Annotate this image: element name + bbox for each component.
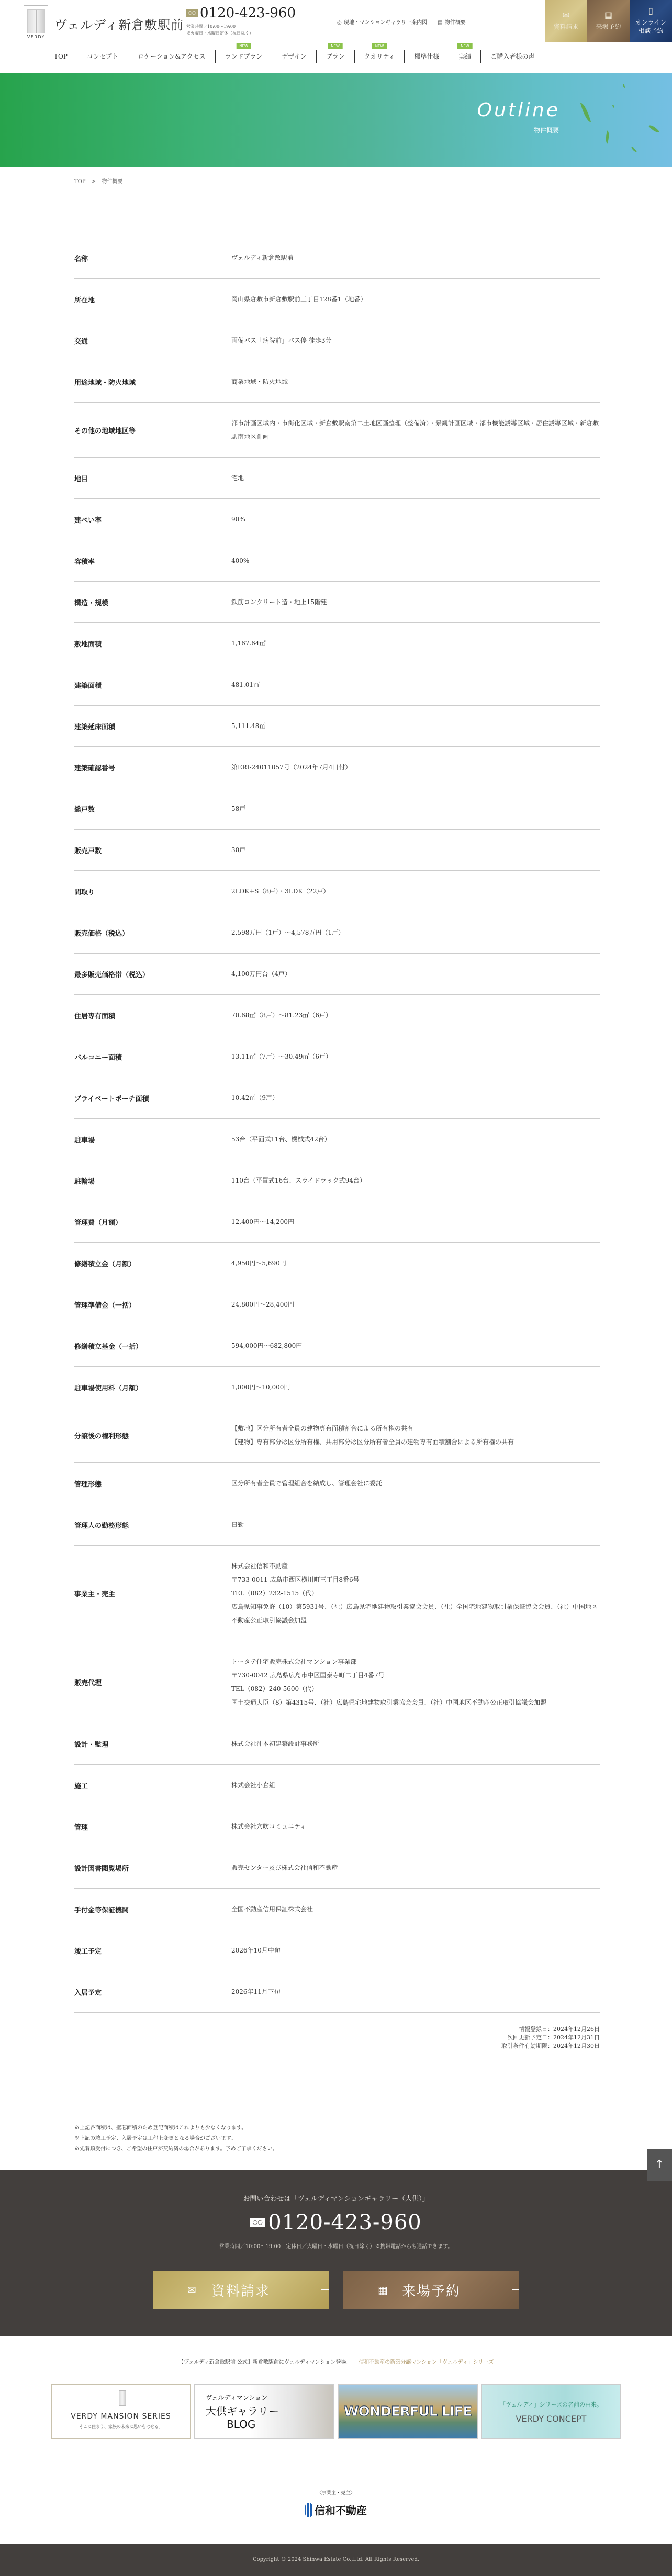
arrow-up-icon: ↑ [655, 2158, 664, 2171]
row-value-line: 58戸 [231, 802, 600, 815]
outline-link-label: 物件概要 [445, 20, 466, 26]
row-value: 宅地 [231, 458, 600, 499]
leaf-decoration-icon [631, 146, 636, 153]
contact-tel: ○○ 0120-423-960 [0, 2210, 672, 2234]
header-tel-closed: ※火曜日・水曜日定休（祝日除く） [186, 30, 296, 37]
row-label: 管理 [74, 1806, 231, 1847]
table-row: 駐車場53台（平面式11台、機械式42台） [74, 1119, 600, 1160]
row-value-line: 24,800円～28,400円 [231, 1298, 600, 1311]
table-row: 名称ヴェルディ新倉敷駅前 [74, 237, 600, 279]
row-label: 建ぺい率 [74, 499, 231, 540]
table-row: 容積率400% [74, 540, 600, 582]
nav-label: クオリティ [364, 53, 395, 60]
table-row: 間取り2LDK+S（8戸）・3LDK（22戸） [74, 871, 600, 912]
table-row: 地目宅地 [74, 458, 600, 499]
row-value-line: 2026年10月中旬 [231, 1944, 600, 1957]
mail-icon: ✉ [563, 11, 569, 19]
table-row: その他の地域地区等都市計画区域内・市街化区域・新倉敷駅南第二土地区画整理（整備済… [74, 403, 600, 458]
verdy-logo[interactable]: VERDY [23, 3, 49, 41]
logo-word: VERDY [23, 35, 49, 39]
row-value: 4,950円～5,690円 [231, 1243, 600, 1284]
row-value: 481.01㎡ [231, 664, 600, 706]
row-value-line: 株式会社穴吹コミュニティ [231, 1820, 600, 1833]
row-value: 13.11㎡（7戸）～30.49㎡（6戸） [231, 1036, 600, 1077]
developer-label: 〈事業主・売主〉 [0, 2489, 672, 2496]
row-value-line: 都市計画区域内・市街化区域・新倉敷駅南第二土地区画整理（整備済）・景観計画区域・… [231, 416, 600, 444]
nav-voices[interactable]: ご購入者様の声 [480, 50, 544, 63]
nav-concept[interactable]: コンセプト [77, 50, 128, 63]
breadcrumb-current: 物件概要 [102, 179, 122, 185]
row-label: 住居専有面積 [74, 995, 231, 1036]
nav-label: ロケーション&アクセス [138, 53, 206, 60]
table-row: 修繕積立基金（一括）594,000円～682,800円 [74, 1325, 600, 1367]
table-row: 構造・規模鉄筋コンクリート造・地上15階建 [74, 582, 600, 623]
row-value: 594,000円～682,800円 [231, 1325, 600, 1367]
row-value-line: 30戸 [231, 843, 600, 857]
row-label: 間取り [74, 871, 231, 912]
row-value-line: 4,950円～5,690円 [231, 1256, 600, 1270]
mail-icon: ✉ [187, 2284, 197, 2296]
row-label: 設計・監理 [74, 1723, 231, 1765]
row-value-line: 4,100万円台（4戸） [231, 967, 600, 981]
table-row: 住居専有面積70.68㎡（8戸）～81.23㎡（6戸） [74, 995, 600, 1036]
table-row: バルコニー面積13.11㎡（7戸）～30.49㎡（6戸） [74, 1036, 600, 1077]
row-value-line: 宅地 [231, 471, 600, 485]
row-value-line: 【敷地】区分所有者全員の建物専有面積割合による所有権の共有 [231, 1422, 600, 1435]
breadcrumb-top-link[interactable]: TOP [74, 179, 86, 185]
developer-name: 信和不動産 [315, 2502, 367, 2517]
row-label: 用途地域・防火地域 [74, 361, 231, 403]
row-label: 最多販売価格帯（税込） [74, 954, 231, 995]
table-row: プライベートポーチ面積10.42㎡（9戸） [74, 1077, 600, 1119]
leaf-decoration-icon [612, 105, 614, 108]
request-materials-label: 資料請求 [553, 22, 578, 31]
row-label: 管理費（月額） [74, 1201, 231, 1243]
new-badge: NEW [236, 43, 251, 49]
utility-links: ◎現地・マンションギャラリー案内図 ▤物件概要 [337, 18, 466, 26]
row-label: 交通 [74, 320, 231, 361]
developer-block: 〈事業主・売主〉 信和不動産 [0, 2469, 672, 2544]
row-label: 修繕積立基金（一括） [74, 1325, 231, 1367]
table-row: 設計図書閲覧場所販売センター及び株式会社信和不動産 [74, 1847, 600, 1889]
table-row: 駐輪場110台（平置式16台、スライドラック式94台） [74, 1160, 600, 1201]
row-value-line: 株式会社小倉組 [231, 1778, 600, 1792]
map-link-label: 現地・マンションギャラリー案内図 [344, 20, 428, 26]
row-value: 岡山県倉敷市新倉敷駅前三丁目128番1（地番） [231, 279, 600, 320]
row-label: 管理準備金（一括） [74, 1284, 231, 1325]
row-value-line: 2LDK+S（8戸）・3LDK（22戸） [231, 884, 600, 898]
row-label: 総戸数 [74, 788, 231, 830]
row-value-line: 全国不動産信用保証株式会社 [231, 1902, 600, 1916]
row-value-line: 1,000円～10,000円 [231, 1380, 600, 1394]
banner-title: WONDERFUL LIFE [344, 2404, 472, 2420]
banner-title: VERDY CONCEPT [516, 2414, 587, 2424]
nav-landplan[interactable]: NEWランドプラン [215, 50, 272, 63]
next-update-date: 次回更新予定日：2024年12月31日 [74, 2034, 600, 2042]
row-value-line: 〒733-0011 広島市西区横川町三丁目8番6号 [231, 1573, 600, 1586]
table-row: 建築面積481.01㎡ [74, 664, 600, 706]
shinwa-logo[interactable]: 信和不動産 [305, 2502, 367, 2517]
nav-plan[interactable]: NEWプラン [316, 50, 354, 63]
table-row: 駐車場使用料（月額）1,000円～10,000円 [74, 1367, 600, 1408]
row-label: 地目 [74, 458, 231, 499]
footer-tagline: 【ヴェルディ新倉敷駅前 公式】新倉敷駅前にヴェルディマンション登場。｜信和不動産… [0, 2357, 672, 2365]
table-row: 交通両備バス「病院前」バス停 徒歩3分 [74, 320, 600, 361]
contact-request-materials-button[interactable]: ✉ 資料請求 [153, 2271, 329, 2309]
row-label: 事業主・売主 [74, 1546, 231, 1641]
logo-building-icon [27, 9, 45, 33]
contact-request-materials-label: 資料請求 [211, 2280, 270, 2300]
row-label: 容積率 [74, 540, 231, 582]
row-label: 竣工予定 [74, 1930, 231, 1971]
row-value-line: 区分所有者全員で管理組合を結成し、管理会社に委託 [231, 1477, 600, 1490]
row-value: 30戸 [231, 830, 600, 871]
row-value: 2026年11月下旬 [231, 1971, 600, 2013]
banner-blog-label: BLOG [227, 2418, 255, 2431]
nav-label: TOP [54, 53, 68, 60]
row-value-line: TEL（082）232-1515（代） [231, 1586, 600, 1600]
row-value: ヴェルディ新倉敷駅前 [231, 237, 600, 279]
request-materials-button[interactable]: ✉ 資料請求 [545, 0, 587, 42]
outline-link[interactable]: ▤物件概要 [438, 18, 465, 26]
row-value: 両備バス「病院前」バス停 徒歩3分 [231, 320, 600, 361]
row-value-line: 5,111.48㎡ [231, 719, 600, 733]
row-value-line: 株式会社信和不動産 [231, 1559, 600, 1573]
new-badge: NEW [328, 43, 343, 49]
nav-label: 標準仕様 [414, 53, 439, 60]
row-value: 53台（平面式11台、機械式42台） [231, 1119, 600, 1160]
row-label: 分譲後の権利形態 [74, 1408, 231, 1463]
row-value-line: 53台（平面式11台、機械式42台） [231, 1132, 600, 1146]
table-row: 管理準備金（一括）24,800円～28,400円 [74, 1284, 600, 1325]
table-row: 手付金等保証機関全国不動産信用保証株式会社 [74, 1889, 600, 1930]
table-row: 施工株式会社小倉組 [74, 1765, 600, 1806]
table-row: 分譲後の権利形態【敷地】区分所有者全員の建物専有面積割合による所有権の共有【建物… [74, 1408, 600, 1463]
dash-decoration [512, 2289, 519, 2290]
contact-visit-reservation-label: 来場予約 [402, 2280, 461, 2300]
online-consultation-button[interactable]: ▯ オンライン 相談予約 [630, 0, 672, 42]
row-value-line: 70.68㎡（8戸）～81.23㎡（6戸） [231, 1008, 600, 1022]
info-dates: 情報登録日：2024年12月26日 次回更新予定日：2024年12月31日 取引… [74, 2025, 600, 2050]
site-footer: 【ヴェルディ新倉敷駅前 公式】新倉敷駅前にヴェルディマンション登場。｜信和不動産… [0, 2336, 672, 2576]
outline-table: 名称ヴェルディ新倉敷駅前所在地岡山県倉敷市新倉敷駅前三丁目128番1（地番）交通… [74, 237, 600, 2013]
logo-roof [24, 5, 48, 7]
online-consultation-label-2: 相談予約 [638, 27, 663, 35]
row-value: 【敷地】区分所有者全員の建物専有面積割合による所有権の共有【建物】専有部分は区分… [231, 1408, 600, 1463]
calendar-icon: ▦ [604, 11, 612, 19]
site-header: VERDY ヴェルディ新倉敷駅前 ○○ 0120-423-960 営業時間／10… [0, 0, 672, 68]
row-value-line: 日勤 [231, 1518, 600, 1531]
row-value: 全国不動産信用保証株式会社 [231, 1889, 600, 1930]
row-label: 販売代理 [74, 1641, 231, 1723]
header-cta-buttons: ✉ 資料請求 ▦ 来場予約 ▯ オンライン 相談予約 [545, 0, 672, 42]
table-row: 販売戸数30戸 [74, 830, 600, 871]
banner-wonderful-life[interactable]: WONDERFUL LIFE [338, 2384, 478, 2439]
row-label: 手付金等保証機関 [74, 1889, 231, 1930]
site-title[interactable]: ヴェルディ新倉敷駅前 [54, 15, 184, 33]
contact-buttons: ✉ 資料請求 ▦ 来場予約 [0, 2271, 672, 2309]
banner-title: VERDY MANSION SERIES [71, 2412, 171, 2421]
series-link[interactable]: ｜信和不動産の新築分譲マンション「ヴェルディ」シリーズ [353, 2359, 494, 2365]
contact-tel-number[interactable]: 0120-423-960 [268, 2210, 422, 2234]
row-value-line: 国土交通大臣（8）第4315号、（社）広島県宅地建物取引業協会会員、（社）中国地… [231, 1696, 600, 1709]
row-value-line: 2026年11月下旬 [231, 1985, 600, 1999]
row-label: 修繕積立金（月額） [74, 1243, 231, 1284]
row-label: 管理形態 [74, 1463, 231, 1504]
row-value-line: 110台（平置式16台、スライドラック式94台） [231, 1174, 600, 1187]
free-dial-icon: ○○ [250, 2218, 265, 2227]
table-row: 設計・監理株式会社沖本初建築設計事務所 [74, 1723, 600, 1765]
leaf-decoration-icon [580, 101, 591, 123]
table-row: 総戸数58戸 [74, 788, 600, 830]
row-label: 建築延床面積 [74, 706, 231, 747]
row-value: 90% [231, 499, 600, 540]
breadcrumb-separator: > [92, 179, 96, 185]
row-value-line: 2,598万円（1戸）～4,578万円（1戸） [231, 926, 600, 939]
outline-section: 名称ヴェルディ新倉敷駅前所在地岡山県倉敷市新倉敷駅前三丁目128番1（地番）交通… [74, 237, 600, 2050]
row-value: 株式会社信和不動産〒733-0011 広島市西区横川町三丁目8番6号TEL（08… [231, 1546, 600, 1641]
nav-label: デザイン [282, 53, 306, 60]
breadcrumb: TOP > 物件概要 [74, 177, 672, 185]
new-badge: NEW [372, 43, 387, 49]
row-value-line: トータテ住宅販売株式会社マンション事業部 [231, 1655, 600, 1669]
row-value-line: 岡山県倉敷市新倉敷駅前三丁目128番1（地番） [231, 292, 600, 306]
note: ※先着順受付につき、ご希望の住戸が契約済の場合があります。予めご了承ください。 [74, 2144, 672, 2154]
row-value-line: 594,000円～682,800円 [231, 1339, 600, 1353]
free-dial-icon: ○○ [186, 9, 198, 17]
table-row: 用途地域・防火地域商業地域・防火地域 [74, 361, 600, 403]
header-tel-number[interactable]: 0120-423-960 [200, 5, 296, 21]
row-label: バルコニー面積 [74, 1036, 231, 1077]
row-value: 4,100万円台（4戸） [231, 954, 600, 995]
table-row: 管理人の勤務形態日勤 [74, 1504, 600, 1546]
row-value: 2026年10月中旬 [231, 1930, 600, 1971]
row-value-line: 12,400円～14,200円 [231, 1215, 600, 1229]
row-value: トータテ住宅販売株式会社マンション事業部〒730-0042 広島県広島市中区国泰… [231, 1641, 600, 1723]
table-row: 建築確認番号第ERI-24011057号（2024年7月4日付） [74, 747, 600, 788]
row-value: 400% [231, 540, 600, 582]
contact-section: お問い合わせは「ヴェルディマンションギャラリー（大供）」 ○○ 0120-423… [0, 2170, 672, 2336]
contact-lead: お問い合わせは「ヴェルディマンションギャラリー（大供）」 [0, 2193, 672, 2203]
leaf-decoration-icon [623, 84, 625, 88]
row-value-line: 90% [231, 513, 600, 526]
row-value-line: ヴェルディ新倉敷駅前 [231, 251, 600, 265]
nav-standard-spec[interactable]: 標準仕様 [404, 50, 449, 63]
table-row: 販売価格（税込）2,598万円（1戸）～4,578万円（1戸） [74, 912, 600, 954]
dash-decoration [321, 2289, 329, 2290]
row-value-line: TEL（082）240-5600（代） [231, 1682, 600, 1696]
row-value: 都市計画区域内・市街化区域・新倉敷駅南第二土地区画整理（整備済）・景観計画区域・… [231, 403, 600, 458]
row-label: 設計図書閲覧場所 [74, 1847, 231, 1889]
map-link[interactable]: ◎現地・マンションギャラリー案内図 [337, 18, 427, 26]
leaf-decoration-icon [648, 123, 659, 135]
row-value-line: 株式会社沖本初建築設計事務所 [231, 1737, 600, 1751]
nav-location-access[interactable]: ロケーション&アクセス [128, 50, 215, 63]
visit-reservation-label: 来場予約 [596, 22, 621, 31]
row-label: 販売価格（税込） [74, 912, 231, 954]
row-label: 駐車場使用料（月額） [74, 1367, 231, 1408]
row-value: 株式会社沖本初建築設計事務所 [231, 1723, 600, 1765]
table-row: 修繕積立金（月額）4,950円～5,690円 [74, 1243, 600, 1284]
row-label: 敷地面積 [74, 623, 231, 664]
row-value: 58戸 [231, 788, 600, 830]
table-row: 管理株式会社穴吹コミュニティ [74, 1806, 600, 1847]
row-value: 株式会社穴吹コミュニティ [231, 1806, 600, 1847]
nav-label: コンセプト [87, 53, 118, 60]
row-value: 株式会社小倉組 [231, 1765, 600, 1806]
row-value-line: 10.42㎡（9戸） [231, 1091, 600, 1105]
row-label: 建築確認番号 [74, 747, 231, 788]
row-value: 鉄筋コンクリート造・地上15階建 [231, 582, 600, 623]
nav-quality[interactable]: NEWクオリティ [354, 50, 405, 63]
row-value: 110台（平置式16台、スライドラック式94台） [231, 1160, 600, 1201]
leaf-decoration-icon [604, 131, 611, 144]
table-row: 入居予定2026年11月下旬 [74, 1971, 600, 2013]
notes: ※上記各面積は、壁芯面積のため登記面積はこれよりも少なくなります。 ※上記の竣工… [0, 2108, 672, 2170]
map-pin-icon: ◎ [337, 20, 342, 26]
page-hero: Outline 物件概要 [0, 73, 672, 167]
table-row: 建築延床面積5,111.48㎡ [74, 706, 600, 747]
tagline-text: 【ヴェルディ新倉敷駅前 公式】新倉敷駅前にヴェルディマンション登場。 [178, 2359, 351, 2365]
row-value: 商業地域・防火地域 [231, 361, 600, 403]
banner-verdy-concept[interactable]: 「ヴェルディ」シリーズの名前の由来。 VERDY CONCEPT [481, 2384, 621, 2439]
contact-hours: 営業時間／10:00～19:00 定休日／火曜日・水曜日（祝日除く）※携帯電話か… [0, 2242, 672, 2250]
row-value: 10.42㎡（9戸） [231, 1077, 600, 1119]
table-row: 事業主・売主株式会社信和不動産〒733-0011 広島市西区横川町三丁目8番6号… [74, 1546, 600, 1641]
row-value-line: 両備バス「病院前」バス停 徒歩3分 [231, 334, 600, 347]
banner-subtitle: 大供ギャラリー [206, 2403, 279, 2418]
hero-title: Outline [477, 99, 560, 121]
banner-title: ヴェルディマンション [206, 2393, 267, 2402]
table-row: 敷地面積1,167.64㎡ [74, 623, 600, 664]
nav-label: ご購入者様の声 [490, 53, 534, 60]
row-label: 駐車場 [74, 1119, 231, 1160]
hero-subtitle: 物件概要 [534, 126, 559, 134]
row-value-line: 481.01㎡ [231, 678, 600, 691]
shinwa-s-mark-icon [305, 2503, 312, 2517]
row-value-line: 鉄筋コンクリート造・地上15階建 [231, 595, 600, 609]
row-label: 建築面積 [74, 664, 231, 706]
row-value: 70.68㎡（8戸）～81.23㎡（6戸） [231, 995, 600, 1036]
banner-subtitle: 「ヴェルディ」シリーズの名前の由来。 [500, 2400, 602, 2409]
row-label: プライベートポーチ面積 [74, 1077, 231, 1119]
document-icon: ▤ [438, 20, 442, 26]
row-label: 入居予定 [74, 1971, 231, 2013]
row-label: 駐輪場 [74, 1160, 231, 1201]
nav-label: プラン [326, 53, 345, 60]
global-nav: TOP コンセプト ロケーション&アクセス NEWランドプラン デザイン NEW… [44, 50, 544, 63]
note: ※上記の竣工予定、入居予定は工程上変更となる場合がございます。 [74, 2134, 672, 2144]
copyright: Copyright © 2024 Shinwa Estate Co.,Ltd. … [0, 2544, 672, 2576]
row-value: 5,111.48㎡ [231, 706, 600, 747]
row-value: 日勤 [231, 1504, 600, 1546]
banner-subtitle: そこに住まう、家族の未来に思いをはせる。 [79, 2424, 163, 2430]
row-value-line: 13.11㎡（7戸）～30.49㎡（6戸） [231, 1050, 600, 1063]
building-icon [119, 2390, 126, 2406]
table-row: 管理形態区分所有者全員で管理組合を結成し、管理会社に委託 [74, 1463, 600, 1504]
nav-results[interactable]: NEW実績 [449, 50, 480, 63]
row-value: 第ERI-24011057号（2024年7月4日付） [231, 747, 600, 788]
new-badge: NEW [457, 43, 473, 49]
table-row: 竣工予定2026年10月中旬 [74, 1930, 600, 1971]
row-label: 管理人の勤務形態 [74, 1504, 231, 1546]
row-value: 販売センター及び株式会社信和不動産 [231, 1847, 600, 1889]
online-consultation-label-1: オンライン [635, 18, 667, 27]
nav-label: ランドプラン [225, 53, 263, 60]
row-value-line: 400% [231, 554, 600, 568]
row-value-line: 1,167.64㎡ [231, 637, 600, 650]
row-value-line: 【建物】専有部分は区分所有権、共用部分は区分所有者全員の建物専有面積割合による所… [231, 1435, 600, 1449]
row-value: 2,598万円（1戸）～4,578万円（1戸） [231, 912, 600, 954]
row-label: 構造・規模 [74, 582, 231, 623]
banner-verdy-mansion-series[interactable]: VERDY MANSION SERIES そこに住まう、家族の未来に思いをはせる… [51, 2384, 191, 2439]
row-value: 12,400円～14,200円 [231, 1201, 600, 1243]
table-row: 最多販売価格帯（税込）4,100万円台（4戸） [74, 954, 600, 995]
calendar-icon: ▦ [378, 2284, 389, 2296]
row-value: 2LDK+S（8戸）・3LDK（22戸） [231, 871, 600, 912]
row-value: 1,000円～10,000円 [231, 1367, 600, 1408]
contact-visit-reservation-button[interactable]: ▦ 来場予約 [343, 2271, 519, 2309]
row-label: 施工 [74, 1765, 231, 1806]
row-value-line: 〒730-0042 広島県広島市中区国泰寺町二丁目4番7号 [231, 1669, 600, 1682]
visit-reservation-button[interactable]: ▦ 来場予約 [587, 0, 630, 42]
row-value: 区分所有者全員で管理組合を結成し、管理会社に委託 [231, 1463, 600, 1504]
row-value-line: 販売センター及び株式会社信和不動産 [231, 1861, 600, 1875]
table-row: 管理費（月額）12,400円～14,200円 [74, 1201, 600, 1243]
table-row: 販売代理トータテ住宅販売株式会社マンション事業部〒730-0042 広島県広島市… [74, 1641, 600, 1723]
nav-label: 実績 [458, 53, 471, 60]
row-value-line: 第ERI-24011057号（2024年7月4日付） [231, 761, 600, 774]
row-label: 名称 [74, 237, 231, 279]
row-value-line: 広島県知事免許（10）第5931号、（社）広島県宅地建物取引業協会会員、（社）全… [231, 1600, 600, 1627]
table-row: 所在地岡山県倉敷市新倉敷駅前三丁目128番1（地番） [74, 279, 600, 320]
note: ※上記各面積は、壁芯面積のため登記面積はこれよりも少なくなります。 [74, 2123, 672, 2134]
header-tel: ○○ 0120-423-960 営業時間／10:00～19:00 ※火曜日・水曜… [186, 5, 296, 37]
nav-top[interactable]: TOP [44, 50, 77, 63]
row-label: 所在地 [74, 279, 231, 320]
registration-date: 情報登録日：2024年12月26日 [74, 2025, 600, 2034]
terms-expiry-date: 取引条件有効期限：2024年12月30日 [74, 2042, 600, 2050]
row-label: その他の地域地区等 [74, 403, 231, 458]
nav-design[interactable]: デザイン [272, 50, 316, 63]
row-value: 24,800円～28,400円 [231, 1284, 600, 1325]
footer-banners: VERDY MANSION SERIES そこに住まう、家族の未来に思いをはせる… [0, 2384, 672, 2439]
row-label: 販売戸数 [74, 830, 231, 871]
table-row: 建ぺい率90% [74, 499, 600, 540]
page-top-button[interactable]: ↑ [647, 2149, 672, 2181]
banner-gallery-blog[interactable]: ヴェルディマンション 大供ギャラリー BLOG [194, 2384, 334, 2439]
row-value-line: 商業地域・防火地域 [231, 375, 600, 389]
row-value: 1,167.64㎡ [231, 623, 600, 664]
smartphone-icon: ▯ [648, 7, 653, 15]
header-tel-hours: 営業時間／10:00～19:00 [186, 23, 296, 30]
